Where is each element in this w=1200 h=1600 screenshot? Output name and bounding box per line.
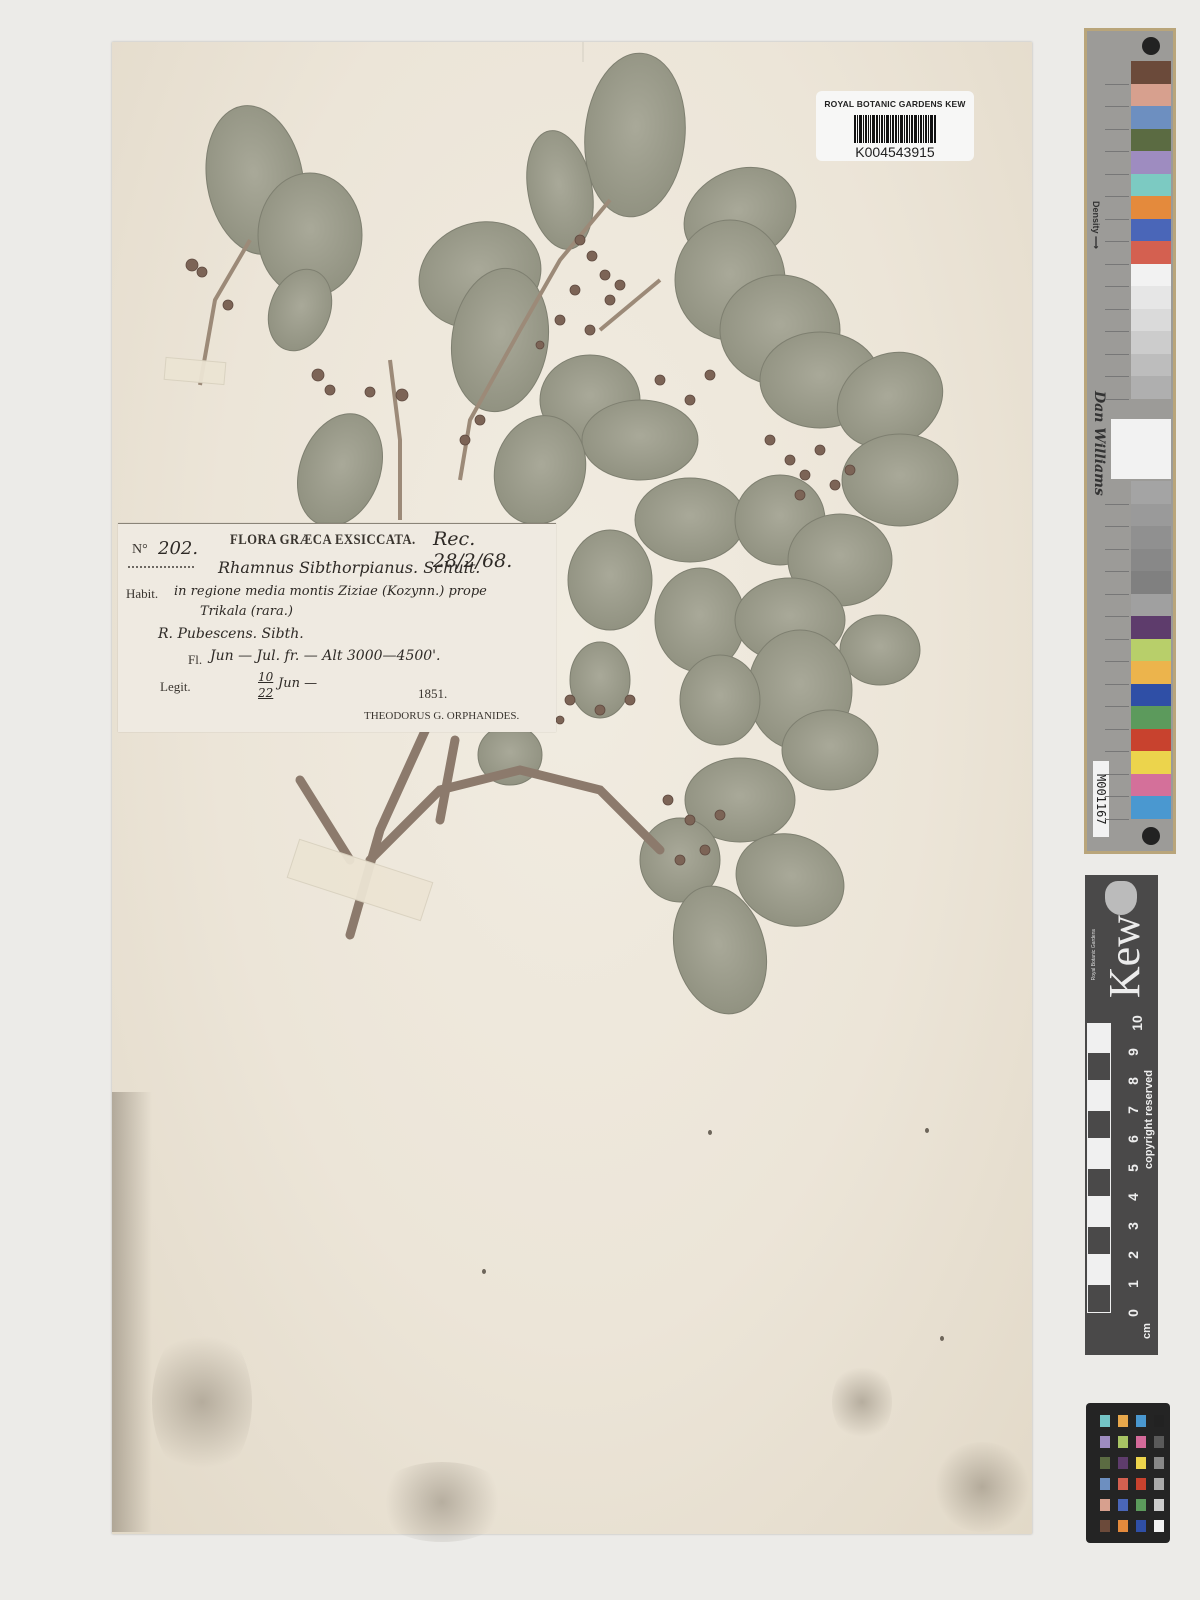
checker-patch bbox=[1118, 1415, 1128, 1427]
color-swatch bbox=[1131, 174, 1171, 197]
institution-name: ROYAL BOTANIC GARDENS KEW bbox=[816, 99, 974, 109]
color-calibration-bar: inches centimeters Density ⟶ Dan William… bbox=[1084, 28, 1176, 854]
checker-patch bbox=[1100, 1478, 1110, 1490]
number-prefix: N° bbox=[132, 542, 148, 558]
habitat-line-2: Trikala (rara.) bbox=[200, 604, 293, 619]
color-swatch bbox=[1131, 481, 1171, 504]
cm-number: 3 bbox=[1125, 1222, 1141, 1230]
color-swatch bbox=[1131, 639, 1171, 662]
checker-patch bbox=[1154, 1478, 1164, 1490]
checker-patch bbox=[1154, 1499, 1164, 1511]
habitat-line-1: in regione media montis Ziziae (Kozynn.)… bbox=[174, 584, 487, 599]
ruler-segment bbox=[1087, 1052, 1111, 1081]
swatch-value-cell bbox=[1105, 331, 1129, 355]
ruler-segment bbox=[1087, 1110, 1111, 1139]
mini-color-checker bbox=[1086, 1403, 1170, 1543]
cm-number: 1 bbox=[1125, 1280, 1141, 1288]
ruler-segment bbox=[1087, 1255, 1111, 1284]
legit-date-denominator: 22 bbox=[258, 686, 273, 700]
barcode-number: K004543915 bbox=[816, 144, 974, 160]
cm-number: 6 bbox=[1125, 1135, 1141, 1143]
cm-numbers: 012345678910 bbox=[1129, 875, 1149, 1355]
punch-hole bbox=[1142, 827, 1160, 845]
checker-patch bbox=[1118, 1499, 1128, 1511]
cm-number: 0 bbox=[1125, 1309, 1141, 1317]
kew-subtitle: Royal Botanic Gardens bbox=[1091, 929, 1097, 980]
color-swatch bbox=[1131, 549, 1171, 572]
color-swatch bbox=[1131, 264, 1171, 287]
swatch-value-cell bbox=[1105, 129, 1129, 153]
swatch-value-cell bbox=[1105, 594, 1129, 618]
checker-patch bbox=[1136, 1478, 1146, 1490]
plant-specimen bbox=[0, 0, 1200, 1600]
punch-hole bbox=[1142, 37, 1160, 55]
checker-patch bbox=[1100, 1499, 1110, 1511]
swatch-value-cell bbox=[1105, 571, 1129, 595]
swatch-value-cell bbox=[1105, 706, 1129, 730]
swatch-value-cell bbox=[1105, 751, 1129, 775]
taxon-name: Rhamnus Sibthorpianus. Schult. bbox=[218, 558, 480, 577]
color-swatch bbox=[1131, 241, 1171, 264]
swatch-value-cell bbox=[1105, 264, 1129, 288]
checker-patch bbox=[1100, 1415, 1110, 1427]
ruler-segment bbox=[1087, 1023, 1111, 1052]
swatch-value-cell bbox=[1105, 151, 1129, 175]
cm-number: 8 bbox=[1125, 1077, 1141, 1085]
checker-patch bbox=[1136, 1415, 1146, 1427]
swatch-value-cell bbox=[1105, 196, 1129, 220]
habit-prefix: Habit. bbox=[126, 586, 158, 602]
legit-date-numerator: 10 bbox=[258, 670, 273, 684]
cm-number: 10 bbox=[1129, 1015, 1145, 1031]
dotted-rule bbox=[128, 566, 194, 570]
collection-title: FLORA GRÆCA EXSICCATA. bbox=[230, 532, 416, 549]
cm-number: 4 bbox=[1125, 1193, 1141, 1201]
checker-patch bbox=[1118, 1520, 1128, 1532]
checker-patch bbox=[1154, 1457, 1164, 1469]
checker-patch bbox=[1100, 1436, 1110, 1448]
color-swatch bbox=[1131, 504, 1171, 527]
cm-number: 7 bbox=[1125, 1106, 1141, 1114]
color-swatch bbox=[1131, 84, 1171, 107]
swatch-value-cell bbox=[1105, 61, 1129, 85]
swatch-value-cell bbox=[1105, 684, 1129, 708]
cm-number: 9 bbox=[1125, 1048, 1141, 1056]
color-swatch bbox=[1131, 61, 1171, 84]
color-swatch bbox=[1131, 594, 1171, 617]
kew-scale-bar: Kew Royal Botanic Gardens copyright rese… bbox=[1085, 875, 1158, 1355]
swatch-value-cell bbox=[1105, 774, 1129, 798]
resolution-target bbox=[1111, 419, 1171, 479]
checker-patch bbox=[1136, 1436, 1146, 1448]
swatch-value-cell bbox=[1105, 504, 1129, 528]
color-swatch bbox=[1131, 286, 1171, 309]
swatch-value-cell bbox=[1105, 174, 1129, 198]
barcode-label: ROYAL BOTANIC GARDENS KEW K004543915 bbox=[816, 91, 974, 161]
checker-patch bbox=[1100, 1520, 1110, 1532]
checker-patch bbox=[1154, 1520, 1164, 1532]
swatch-value-cell bbox=[1105, 616, 1129, 640]
color-swatch bbox=[1131, 376, 1171, 399]
swatch-value-cell bbox=[1105, 354, 1129, 378]
collection-year: 1851. bbox=[418, 686, 447, 702]
cm-number: 5 bbox=[1125, 1164, 1141, 1172]
ruler-segment bbox=[1087, 1284, 1111, 1313]
cm-ruler bbox=[1087, 1023, 1111, 1343]
color-swatch bbox=[1131, 661, 1171, 684]
color-swatch bbox=[1131, 751, 1171, 774]
specimen-number: 202. bbox=[158, 538, 198, 559]
color-swatch bbox=[1131, 309, 1171, 332]
color-swatch bbox=[1131, 106, 1171, 129]
synonym: R. Pubescens. Sibth. bbox=[158, 626, 304, 642]
ruler-segment bbox=[1087, 1168, 1111, 1197]
checker-patch bbox=[1118, 1457, 1128, 1469]
cm-unit-label: cm bbox=[1141, 1323, 1153, 1339]
checker-patch bbox=[1154, 1415, 1164, 1427]
swatch-value-cell bbox=[1105, 286, 1129, 310]
checker-patch bbox=[1136, 1457, 1146, 1469]
checker-patch bbox=[1136, 1520, 1146, 1532]
color-swatch bbox=[1131, 151, 1171, 174]
swatch-value-cell bbox=[1105, 84, 1129, 108]
swatch-value-cell bbox=[1105, 729, 1129, 753]
color-swatch bbox=[1131, 526, 1171, 549]
color-swatch bbox=[1131, 796, 1171, 819]
ruler-segment bbox=[1087, 1226, 1111, 1255]
flowering-altitude: Jun — Jul. fr. — Alt 3000—4500'. bbox=[210, 648, 440, 664]
color-swatch bbox=[1131, 129, 1171, 152]
swatch-value-cell bbox=[1105, 106, 1129, 130]
color-swatch bbox=[1131, 774, 1171, 797]
checker-patch bbox=[1118, 1478, 1128, 1490]
color-swatch bbox=[1131, 196, 1171, 219]
checker-patch bbox=[1118, 1436, 1128, 1448]
swatch-value-cell bbox=[1105, 309, 1129, 333]
swatch-value-cell bbox=[1105, 219, 1129, 243]
barcode bbox=[816, 115, 974, 143]
color-swatch bbox=[1131, 331, 1171, 354]
determination-label: N° 202. FLORA GRÆCA EXSICCATA. Rec. 28/2… bbox=[118, 523, 556, 732]
flowering-prefix: Fl. bbox=[188, 652, 202, 668]
color-swatch bbox=[1131, 729, 1171, 752]
swatch-value-cell bbox=[1105, 796, 1129, 820]
checker-patch bbox=[1100, 1457, 1110, 1469]
ruler-segment bbox=[1087, 1081, 1111, 1110]
swatch-value-cell bbox=[1105, 526, 1129, 550]
swatch-value-cell bbox=[1105, 549, 1129, 573]
swatch-value-cell bbox=[1105, 481, 1129, 505]
color-swatch bbox=[1131, 354, 1171, 377]
color-swatch bbox=[1131, 571, 1171, 594]
swatch-value-cell bbox=[1105, 661, 1129, 685]
swatch-value-cell bbox=[1105, 376, 1129, 400]
ruler-segment bbox=[1087, 1197, 1111, 1226]
swatch-value-cell bbox=[1105, 639, 1129, 663]
swatch-value-cell bbox=[1105, 241, 1129, 265]
checker-patch bbox=[1136, 1499, 1146, 1511]
collector-name: THEODORUS G. ORPHANIDES. bbox=[364, 710, 519, 722]
legit-month: Jun — bbox=[278, 676, 317, 691]
legit-prefix: Legit. bbox=[160, 679, 191, 695]
cm-number: 2 bbox=[1125, 1251, 1141, 1259]
checker-patch bbox=[1154, 1436, 1164, 1448]
ruler-segment bbox=[1087, 1139, 1111, 1168]
density-label: Density ⟶ bbox=[1091, 201, 1101, 249]
color-swatch bbox=[1131, 684, 1171, 707]
color-swatch bbox=[1131, 706, 1171, 729]
color-swatch bbox=[1131, 616, 1171, 639]
color-swatch bbox=[1131, 219, 1171, 242]
